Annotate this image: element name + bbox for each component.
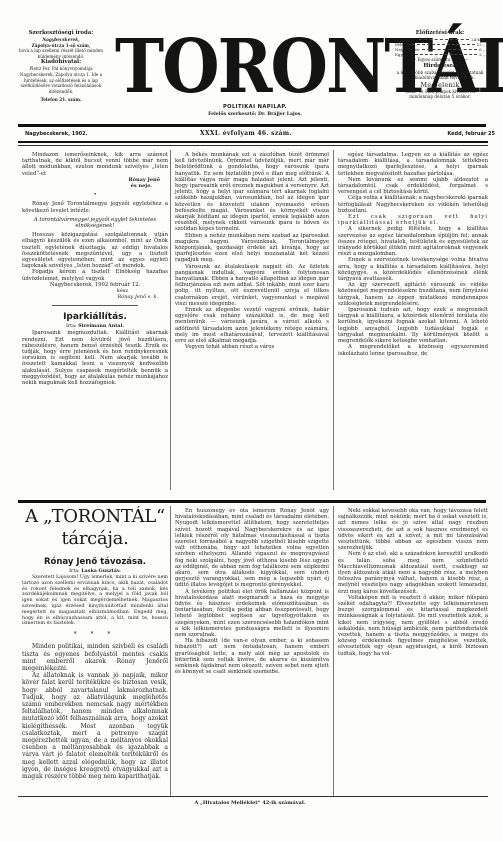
star-separator: * * * [22, 632, 168, 638]
tarca-paragraph: Voltaképen mit is vesztett ő akkor, miko… [338, 595, 488, 657]
tarca-byline: Irta: Laska Gusztáv. [22, 568, 168, 575]
tarca-paragraph: Szeretett Lajosom! Ugy ismerlek, mint a … [22, 575, 168, 627]
article-paragraph: A sikernek pedig föltétele, hogy a kiáll… [338, 226, 488, 257]
tarca-paragraph: Én huszonegy év óta ismerem Rónay Jenőt … [175, 508, 329, 589]
article-paragraph: Ebben a nehéz munkában nem szabad az ipa… [175, 233, 329, 264]
dateline-rule-thin [18, 145, 488, 146]
column-divider [333, 150, 334, 490]
publisher-heading: Kiadóhivatal: [18, 59, 104, 66]
article-paragraph: Iparosaink megmozdultak. Kiállítást akar… [22, 330, 168, 386]
article-paragraph: egész társadalma. Legyen ez a kiállítás … [338, 152, 488, 177]
office-note: hová a lap szellemi részét illető minden… [18, 48, 104, 59]
office-heading: Szerkesztőségi iroda: [18, 30, 104, 37]
bullet-separator: • [22, 192, 168, 198]
letter-intro: Rónay Jenő Torontálmegye jegyzői egyleté… [22, 201, 168, 213]
column-divider [170, 506, 171, 796]
price-value: 2 „ [479, 52, 485, 57]
ads-text: a legolcsóbb szabás szerint számíttatnak… [395, 70, 485, 81]
editor-line: Felelős szerkesztő: Dr. Brájjer Lajos. [150, 112, 360, 117]
column-3: egész társadalma. Legyen ez a kiállítás … [338, 152, 488, 357]
newspaper-subtitle: POLITIKAI NAPILAP. [150, 104, 360, 110]
article-paragraph: Ennek a szervezetnek tevékenysége volna … [338, 257, 488, 282]
dateline-day: Kedd, február 25 [447, 131, 495, 137]
article-paragraph: A megrendelőket a közönség egyszersmind … [338, 344, 488, 356]
feuilleton-rule [18, 500, 486, 503]
farewell-signature-2: és neje. [22, 183, 152, 189]
tarca-paragraph: A tevékeny politikai élet örök hallámzás… [175, 589, 329, 639]
byline-author: Streimann Antal. [78, 323, 124, 329]
supplement-note: A „Hivatalos Melléklet“ 42-ik számával. [170, 800, 330, 806]
tarca-column-1: A „TORONTÁL“ tárcája. Rónay Jenő távozás… [22, 506, 168, 801]
ads-heading: Hirdetések [395, 63, 485, 70]
article-paragraph: Iparosaink tudván azt, hogy ezek a megre… [338, 307, 488, 344]
letter-heading: A torontálvármegyei jegyzői egylet tekin… [22, 217, 168, 229]
article-paragraph: Az igy szervezett agitáció városunk és v… [338, 282, 488, 307]
dateline-volume: XXXI. évfolyam 46. szám. [200, 130, 292, 137]
tarca-paragraph: Az állatoknak is vannak jó napjaik, miko… [22, 672, 168, 780]
dateline-rule [18, 141, 488, 143]
article-paragraph: Ennek az idegenbe vezető vagyoni erőnek,… [175, 307, 329, 344]
dateline: Nagybecskerek, 1902. XXXI. évfolyam 46. … [25, 130, 495, 140]
bottom-rule [18, 796, 488, 797]
letter-paragraph: Hosszas közigazgatási szolgálatomnak utj… [22, 232, 168, 269]
phone: Telefon 21. szám. [18, 97, 104, 103]
appears-heading: Megjelenik [395, 81, 485, 89]
farewell-text: Mindazon ismerőseinknek, kik arra szánno… [22, 152, 168, 177]
office-info: Szerkesztőségi iroda: Nagybecskerek, Záp… [18, 30, 104, 103]
dateline-place-year: Nagybecskerek, 1902. [25, 131, 88, 137]
article-paragraph: Célja volna a kiállításnak: a nagybecske… [338, 195, 488, 214]
byline-prefix: Irta: [69, 569, 80, 574]
tarca-paragraph: Neki sokkal kevesebb oka van, hogy távoz… [338, 508, 488, 551]
tarca-paragraph: Minden politikai, minden szívbéli és csa… [22, 643, 168, 672]
article-title: Iparkiállítás. [22, 311, 168, 323]
letter-paragraph: Fogadja kérem a tisztelt Elnökség hazafi… [22, 269, 168, 281]
article-paragraph: Ezt csak szigoruan vett helyi iparkiállí… [338, 214, 488, 226]
masthead: Szerkesztőségi iroda: Nagybecskerek, Záp… [0, 0, 503, 126]
masthead-rule [18, 124, 486, 127]
article-paragraph: A békés munkának ezt a zászlóban tézét ö… [175, 152, 329, 233]
tarca-paragraph: Nem ő az első, aki a századokon keresztü… [338, 551, 488, 594]
tarca-paragraph: Ha hibázott (de van-e olyan ember, a ki … [175, 638, 329, 675]
publisher-text: Pleitz Fer. Pál könyvnyomdája Nagybecske… [18, 66, 104, 94]
divider [52, 305, 138, 306]
tarca-title: Rónay Jenő távozása. [22, 556, 168, 568]
price-label: Egy hóra [395, 52, 413, 57]
column-divider [333, 506, 334, 796]
letter-signature: Rónay Jenő s. k. [22, 294, 158, 300]
tarca-heading: A „TORONTÁL“ tárcája. [22, 506, 168, 550]
byline-author: Laska Gusztáv. [81, 568, 121, 574]
article-paragraph: Nem kívánunk ez semmi ujabb áldozatot a … [338, 177, 488, 196]
column-divider [170, 150, 171, 490]
prices-heading: Előfizetési árak: [395, 30, 485, 37]
byline-prefix: Irta: [66, 324, 77, 329]
subscription-info: Előfizetési árak: Egész évre24 kor. Félé… [395, 30, 485, 100]
column-1: Mindazon ismerőseinknek, kik arra szánno… [22, 152, 168, 386]
column-2: A békés munkának ezt a zászlóban tézét ö… [175, 152, 329, 351]
tarca-column-3: Neki sokkal kevesebb oka van, hogy távoz… [338, 508, 488, 793]
article-paragraph: Vegyen tehát abban részt a város [175, 344, 329, 350]
appears-text: vasár- és ünnepnapok kivételével mindenn… [395, 89, 485, 100]
article-paragraph: Városunk az átalakulások napjait éli. Az… [175, 264, 329, 307]
tarca-column-2: Én huszonegy év óta ismerem Rónay Jenőt … [175, 508, 329, 793]
newspaper-title: TORONTÁL [115, 26, 395, 107]
